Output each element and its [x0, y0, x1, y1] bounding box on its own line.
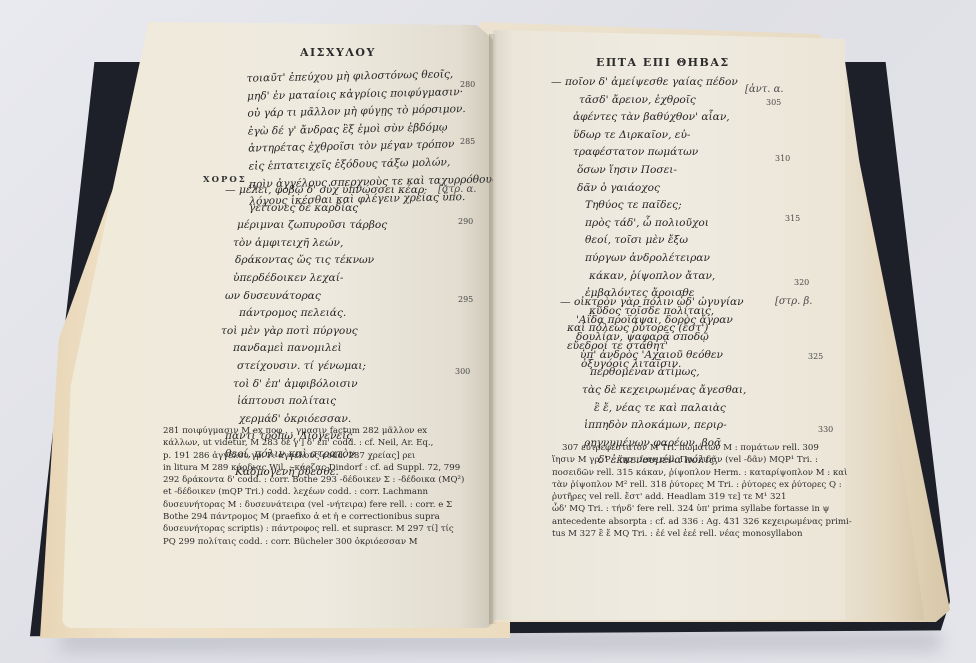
left-apparatus-criticus: 281 ποιφύγμασιν M ex ποφ . . γμασιν fact…: [163, 425, 464, 548]
line-number: 320: [794, 278, 809, 287]
apparatus-line: κάλλων, ut videtur, M 283 δέ γ'] δ' ἐπ' …: [163, 437, 464, 449]
line-number: 290: [458, 217, 473, 226]
verse-line: ἀφέντες τὰν βαθύχθον' αἶαν,: [555, 109, 738, 127]
verse-line: δᾶν ὁ γαιάοχος: [555, 180, 738, 198]
right-running-head: ΕΠΤΑ ΕΠΙ ΘΗΒΑΣ: [596, 56, 730, 69]
verse-line: πρὸς τάδ', ὦ πολιοῦχοι: [555, 215, 738, 233]
verse-line: ὅσων ἵησιν Ποσει-: [555, 162, 738, 180]
apparatus-line: δυσευνήτορας M : δυσευνάτειρα (vel -νήτε…: [163, 499, 464, 511]
right-apparatus-criticus: 307 εὐτρεφέστατον M Tri. πωμάτων M : πομ…: [552, 442, 852, 540]
line-number: 295: [458, 295, 473, 304]
verse-line: ὑπερδέδοικεν λεχαί-: [225, 270, 428, 288]
verse-line: περθομέναν ἀτίμως,: [566, 364, 746, 382]
verse-line: τοὶ δ' ἐπ' ἀμφιβόλοισιν: [225, 376, 428, 394]
line-number: 315: [785, 214, 800, 223]
verse-line: στείχουσιν. τί γένωμαι;: [225, 358, 428, 376]
verse-line: ων δυσευνάτορας: [225, 288, 428, 306]
apparatus-line: τὰν ῥίψοπλον M² rell. 318 ῥύτορες M Tri.…: [552, 479, 852, 491]
line-number: 305: [766, 98, 781, 107]
apparatus-line: ποσειδῶν rell. 315 κάκαν, ῥίψοπλον Herm.…: [552, 467, 852, 479]
verse-line: δράκοντας ὥς τις τέκνων: [225, 252, 428, 270]
verse-line: Τηθύος τε παῖδες;: [555, 197, 738, 215]
verse-line: πανδαμεὶ πανομιλεὶ: [225, 340, 428, 358]
verse-line: θεοί, τοῖσι μὲν ἔξω: [555, 232, 738, 250]
line-number: 285: [460, 137, 475, 146]
verse-line: πύργων ἀνδρολέτειραν: [555, 250, 738, 268]
apparatus-line: δυσευνήτορας scriptis) : πάντροφος rell.…: [163, 523, 464, 535]
verse-line: ἱππηδὸν πλοκάμων, περιρ-: [566, 417, 746, 435]
verse-line: — οἰκτρὸν γὰρ πόλιν ὧδ' ὠγυγίαν: [560, 294, 746, 312]
verse-line: — ποῖον δ' ἀμείψεσθε γαίας πέδον: [551, 74, 738, 92]
verse-line: τὸν ἀμφιτειχῆ λεών,: [225, 235, 428, 253]
verse-line: γείτονες δὲ καρδίας: [225, 200, 428, 218]
antistrophe-mark: [ἀντ. α.: [745, 84, 784, 95]
book-photo: ΑΙΣΧΥΛΟΥ τοιαῦτ' ἐπεύχου μὴ φιλοστόνως θ…: [0, 0, 976, 663]
verse-line: ἰάπτουσι πολίταις: [225, 393, 428, 411]
line-number: 325: [808, 352, 823, 361]
apparatus-line: ὧδ' MQ Tri. : τήνδ' fere rell. 324 ὑπ' p…: [552, 503, 852, 515]
apparatus-line: PQ 299 πολίταις codd. : corr. Bücheler 3…: [163, 536, 464, 548]
verse-line: πάντρομος πελειάς.: [225, 305, 428, 323]
apparatus-line: 307 εὐτρεφέστατον M Tri. πωμάτων M : πομ…: [552, 442, 852, 454]
apparatus-line: 292 δράκοντα δ' codd. : corr. Bothe 293 …: [163, 474, 464, 486]
apparatus-line: tus M 327 ἒ ἔ MQ Tri. : ἐέ vel ἐεέ rell.…: [552, 528, 852, 540]
verse-line: τᾶσδ' ἄρειον, ἐχθροῖς: [555, 92, 738, 110]
apparatus-line: antecedente absorpta : cf. ad 336 : Ag. …: [552, 516, 852, 528]
verse-line: τραφέστατον πωμάτων: [555, 144, 738, 162]
apparatus-line: p. 191 286 ἀγγέλου γρ. P: ἀγγέλους codd.…: [163, 450, 464, 462]
strophe-mark: [στρ. β.: [775, 296, 812, 307]
verse-line: κάκαν, ῥίψοπλον ἄταν,: [555, 268, 738, 286]
verse-line: — μέλει, φόβῳ δ' οὐχ ὑπνώσσει κέαρ·: [225, 182, 428, 200]
apparatus-line: in litura M 289 κάρδιας Wil. : κάρζας Di…: [163, 462, 464, 474]
verse-line: μέριμναι ζωπυροῦσι τάρβος: [225, 217, 428, 235]
verse-line: ὕδωρ τε Διρκαῖον, εὐ-: [555, 127, 738, 145]
line-number: 310: [775, 154, 790, 163]
verse-line: δουλίαν, ψαφαρᾷ σποδῷ: [566, 329, 746, 347]
line-number: 300: [455, 367, 470, 376]
apparatus-line: et -δέδοικεν (mQP Tri.) codd. λεχέων cod…: [163, 486, 464, 498]
line-number: 280: [460, 80, 475, 89]
verse-line: 'Αΐδᾳ προϊάψαι, δορὸς ἄγραν: [566, 312, 746, 330]
left-running-head: ΑΙΣΧΥΛΟΥ: [300, 46, 376, 59]
strophe-mark: [στρ. α.: [438, 184, 476, 195]
verse-line: τοὶ μὲν γὰρ ποτὶ πύργους: [221, 323, 428, 341]
verse-line: ἒ ἔ, νέας τε καὶ παλαιὰς: [566, 400, 746, 418]
apparatus-line: 281 ποιφύγμασιν M ex ποφ . . γμασιν fact…: [163, 425, 464, 437]
apparatus-line: ἵησιν M γρ. P : ἵησι fere rell. Ποσειδᾶν…: [552, 454, 852, 466]
apparatus-line: ῥυτῆρες vel rell. ἔστ' add. Headlam 319 …: [552, 491, 852, 503]
apparatus-line: Bothe 294 πάντρομος M (praefixo ἀ et ἡ e…: [163, 511, 464, 523]
line-number: 330: [818, 425, 833, 434]
verse-line: ὑπ' ἀνδρὸς 'Αχαιοῦ θεόθεν: [566, 347, 746, 365]
book-gutter: [489, 34, 497, 624]
verse-line: τὰς δὲ κεχειρωμένας ἄγεσθαι,: [566, 382, 746, 400]
